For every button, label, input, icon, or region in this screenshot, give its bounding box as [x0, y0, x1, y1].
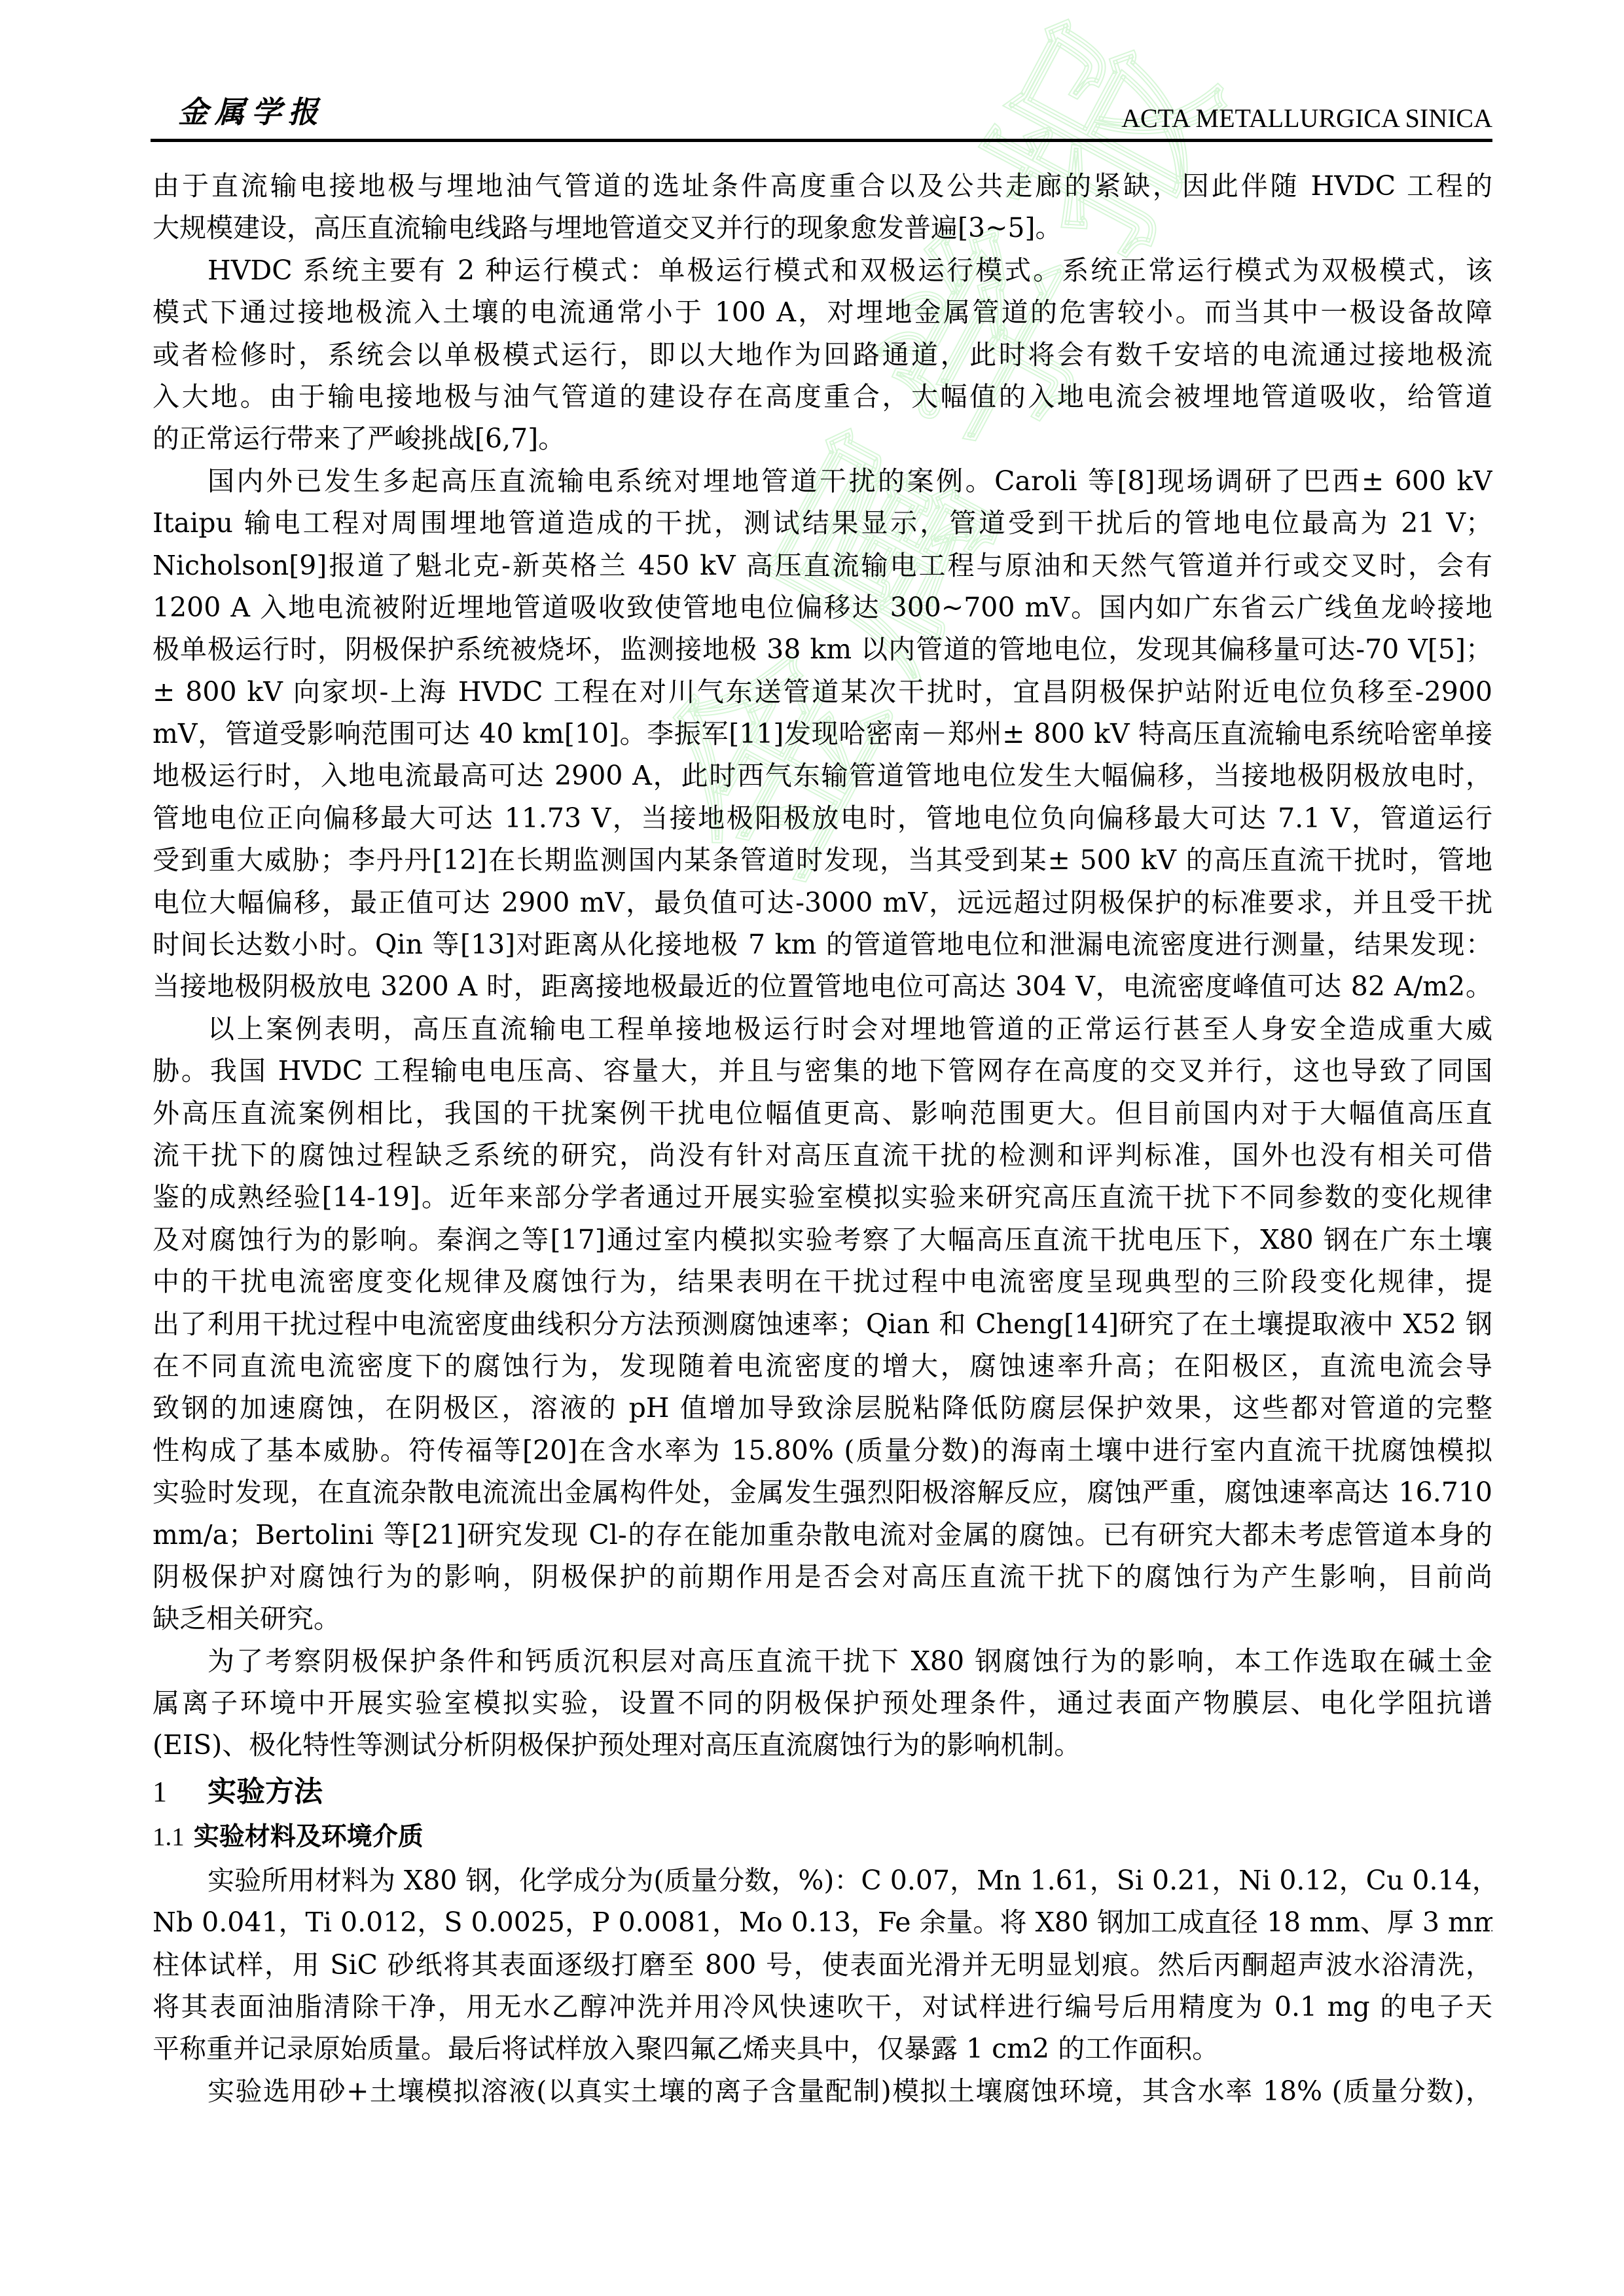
text-line: 出了利用干扰过程中电流密度曲线积分方法预测腐蚀速率；Qian 和 Cheng[1…: [153, 1303, 1492, 1345]
text-line: 胁。我国 HVDC 工程输电电压高、容量大，并且与密集的地下管网存在高度的交叉并…: [153, 1050, 1492, 1092]
text-line: 及对腐蚀行为的影响。秦润之等[17]通过室内模拟实验考察了大幅高压直流干扰电压下…: [153, 1219, 1492, 1261]
text-line: 外高压直流案例相比，我国的干扰案例干扰电位幅值更高、影响范围更大。但目前国内对于…: [153, 1092, 1492, 1134]
text-line: HVDC 系统主要有 2 种运行模式：单极运行模式和双极运行模式。系统正常运行模…: [153, 249, 1492, 291]
text-line: 实验选用砂+土壤模拟溶液(以真实土壤的离子含量配制)模拟土壤腐蚀环境，其含水率 …: [153, 2070, 1492, 2112]
text-line: mV，管道受影响范围可达 40 km[10]。李振军[11]发现哈密南－郑州± …: [153, 713, 1492, 755]
text-line: 极单极运行时，阴极保护系统被烧坏，监测接地极 38 km 以内管道的管地电位，发…: [153, 628, 1492, 670]
paragraph: HVDC 系统主要有 2 种运行模式：单极运行模式和双极运行模式。系统正常运行模…: [153, 249, 1492, 460]
text-line: mm/a；Bertolini 等[21]研究发现 Cl-的存在能加重杂散电流对金…: [153, 1514, 1492, 1556]
text-line: Itaipu 输电工程对周围埋地管道造成的干扰，测试结果显示，管道受到干扰后的管…: [153, 502, 1492, 544]
text-line: (EIS)、极化特性等测试分析阴极保护预处理对高压直流腐蚀行为的影响机制。: [153, 1724, 1492, 1766]
running-header: 金属学报 ACTA METALLURGICA SINICA: [151, 82, 1492, 144]
text-line: 实验时发现，在直流杂散电流流出金属构件处，金属发生强烈阳极溶解反应，腐蚀严重，腐…: [153, 1471, 1492, 1513]
text-line: 柱体试样，用 SiC 砂纸将其表面逐级打磨至 800 号，使表面光滑并无明显划痕…: [153, 1944, 1492, 1986]
paragraph: 为了考察阴极保护条件和钙质沉积层对高压直流干扰下 X80 钢腐蚀行为的影响，本工…: [153, 1640, 1492, 1767]
text-line: 流干扰下的腐蚀过程缺乏系统的研究，尚没有针对高压直流干扰的检测和评判标准，国外也…: [153, 1134, 1492, 1176]
text-line: 平称重并记录原始质量。最后将试样放入聚四氟乙烯夹具中，仅暴露 1 cm2 的工作…: [153, 2028, 1492, 2070]
subsection-number: 1.1: [153, 1823, 185, 1851]
text-line: 1200 A 入地电流被附近埋地管道吸收致使管地电位偏移达 300~700 mV…: [153, 586, 1492, 628]
text-line: 以上案例表明，高压直流输电工程单接地极运行时会对埋地管道的正常运行甚至人身安全造…: [153, 1008, 1492, 1050]
paragraph: 以上案例表明，高压直流输电工程单接地极运行时会对埋地管道的正常运行甚至人身安全造…: [153, 1008, 1492, 1640]
text-line: 大规模建设，高压直流输电线路与埋地管道交叉并行的现象愈发普遍[3~5]。: [153, 207, 1492, 249]
text-line: 当接地极阴极放电 3200 A 时，距离接地极最近的位置管地电位可高达 304 …: [153, 965, 1492, 1007]
text-line: 致钢的加速腐蚀，在阴极区，溶液的 pH 值增加导致涂层脱粘降低防腐层保护效果，这…: [153, 1387, 1492, 1429]
text-line: 的正常运行带来了严峻挑战[6,7]。: [153, 418, 1492, 459]
text-line: 受到重大威胁；李丹丹[12]在长期监测国内某条管道时发现，当其受到某± 500 …: [153, 839, 1492, 881]
text-line: 或者检修时，系统会以单极模式运行，即以大地作为回路通道，此时将会有数千安培的电流…: [153, 334, 1492, 376]
text-line: 电位大幅偏移，最正值可达 2900 mV，最负值可达-3000 mV，远远超过阴…: [153, 882, 1492, 924]
text-line: 实验所用材料为 X80 钢，化学成分为(质量分数，%)：C 0.07，Mn 1.…: [153, 1859, 1492, 1901]
journal-title-english: ACTA METALLURGICA SINICA: [1121, 103, 1492, 134]
text-line: 国内外已发生多起高压直流输电系统对埋地管道干扰的案例。Caroli 等[8]现场…: [153, 460, 1492, 502]
section-number: 1: [153, 1769, 208, 1815]
text-line: 时间长达数小时。Qin 等[13]对距离从化接地极 7 km 的管道管地电位和泄…: [153, 924, 1492, 965]
subsection-title: 实验材料及环境介质: [194, 1822, 424, 1852]
article-body: 由于直流输电接地极与埋地油气管道的选址条件高度重合以及公共走廊的紧缺，因此伴随 …: [153, 165, 1492, 2112]
text-line: 性构成了基本威胁。符传福等[20]在含水率为 15.80% (质量分数)的海南土…: [153, 1429, 1492, 1471]
text-line: 管地电位正向偏移最大可达 11.73 V，当接地极阳极放电时，管地电位负向偏移最…: [153, 797, 1492, 839]
paragraph: 国内外已发生多起高压直流输电系统对埋地管道干扰的案例。Caroli 等[8]现场…: [153, 460, 1492, 1008]
text-line: 地极运行时，入地电流最高可达 2900 A，此时西气东输管道管地电位发生大幅偏移…: [153, 755, 1492, 797]
paragraph: 实验所用材料为 X80 钢，化学成分为(质量分数，%)：C 0.07，Mn 1.…: [153, 1859, 1492, 2070]
paragraph: 由于直流输电接地极与埋地油气管道的选址条件高度重合以及公共走廊的紧缺，因此伴随 …: [153, 165, 1492, 249]
subsection-heading: 1.1实验材料及环境介质: [153, 1815, 1492, 1859]
text-line: 属离子环境中开展实验室模拟实验，设置不同的阴极保护预处理条件，通过表面产物膜层、…: [153, 1682, 1492, 1724]
text-line: 缺乏相关研究。: [153, 1598, 1492, 1640]
text-line: 模式下通过接地极流入土壤的电流通常小于 100 A，对埋地金属管道的危害较小。而…: [153, 291, 1492, 333]
text-line: 由于直流输电接地极与埋地油气管道的选址条件高度重合以及公共走廊的紧缺，因此伴随 …: [153, 165, 1492, 207]
section-heading: 1实验方法: [153, 1769, 1492, 1815]
text-line: 入大地。由于输电接地极与油气管道的建设存在高度重合，大幅值的入地电流会被埋地管道…: [153, 376, 1492, 418]
text-line: 中的干扰电流密度变化规律及腐蚀行为，结果表明在干扰过程中电流密度呈现典型的三阶段…: [153, 1261, 1492, 1302]
text-line: 为了考察阴极保护条件和钙质沉积层对高压直流干扰下 X80 钢腐蚀行为的影响，本工…: [153, 1640, 1492, 1682]
text-line: 鉴的成熟经验[14-19]。近年来部分学者通过开展实验室模拟实验来研究高压直流干…: [153, 1176, 1492, 1218]
header-rule: [151, 139, 1492, 142]
text-line: 阴极保护对腐蚀行为的影响，阴极保护的前期作用是否会对高压直流干扰下的腐蚀行为产生…: [153, 1556, 1492, 1598]
paragraph: 实验选用砂+土壤模拟溶液(以真实土壤的离子含量配制)模拟土壤腐蚀环境，其含水率 …: [153, 2070, 1492, 2112]
text-line: ± 800 kV 向家坝-上海 HVDC 工程在对川气东送管道某次干扰时，宜昌阴…: [153, 671, 1492, 713]
section-title: 实验方法: [208, 1775, 323, 1808]
text-line: Nb 0.041，Ti 0.012，S 0.0025，P 0.0081，Mo 0…: [153, 1901, 1492, 1943]
paper-page: 金属学报 金属学报 ACTA METALLURGICA SINICA 由于直流输…: [0, 0, 1624, 2296]
journal-title-chinese: 金属学报: [178, 88, 325, 132]
text-line: 在不同直流电流密度下的腐蚀行为，发现随着电流密度的增大，腐蚀速率升高；在阳极区，…: [153, 1345, 1492, 1387]
text-line: 将其表面油脂清除干净，用无水乙醇冲洗并用冷风快速吹干，对试样进行编号后用精度为 …: [153, 1986, 1492, 2028]
text-line: Nicholson[9]报道了魁北克-新英格兰 450 kV 高压直流输电工程与…: [153, 545, 1492, 586]
